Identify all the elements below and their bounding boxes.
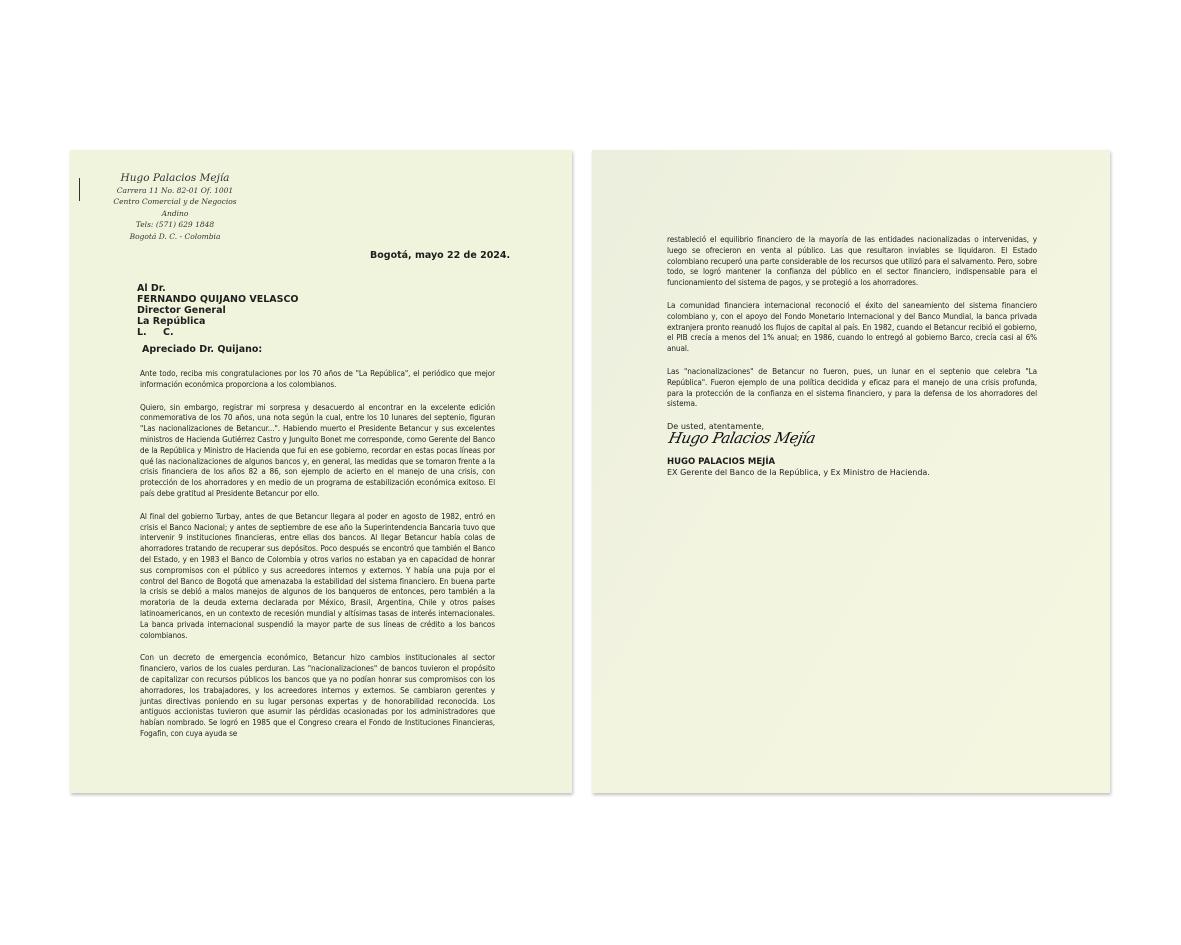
lc-c: C. [163,327,189,338]
paragraph: Al final del gobierno Turbay, antes de q… [140,511,495,641]
signer-name: HUGO PALACIOS MEJÍA [667,457,1037,467]
paragraph: Quiero, sin embargo, registrar mi sorpre… [140,402,495,499]
recipient-prefix: Al Dr. [137,283,299,294]
paragraph: restableció el equilibrio financiero de … [667,234,1037,288]
letterhead-city: Bogotá D. C. - Colombia [100,231,250,243]
recipient-block: Al Dr. FERNANDO QUIJANO VELASCO Director… [137,283,299,338]
margin-mark [79,178,80,201]
paragraph: Con un decreto de emergencia económico, … [140,652,495,738]
recipient-organization: La República [137,316,299,327]
handwritten-signature: Hugo Palacios Mejía [667,429,817,447]
letterhead-address: Carrera 11 No. 82-01 Of. 1001 [100,185,250,197]
page1-body: Ante todo, reciba mis congratulaciones p… [140,368,495,751]
letterhead-name: Hugo Palacios Mejía [100,173,250,185]
signature-area: Hugo Palacios Mejía [667,431,1037,457]
letter-page-1: Hugo Palacios Mejía Carrera 11 No. 82-01… [70,150,572,793]
page2-body: restableció el equilibrio financiero de … [667,234,1037,477]
recipient-title: Director General [137,305,299,316]
letter-date: Bogotá, mayo 22 de 2024. [370,250,510,261]
paragraph: La comunidad financiera internacional re… [667,300,1037,354]
lc-l: L. [137,327,163,338]
letterhead-phone: Tels: (571) 629 1848 [100,219,250,231]
paragraph: Ante todo, reciba mis congratulaciones p… [140,368,495,390]
letterhead: Hugo Palacios Mejía Carrera 11 No. 82-01… [100,173,250,242]
paragraph: Las "nacionalizaciones" de Betancur no f… [667,366,1037,409]
salutation: Apreciado Dr. Quijano: [142,344,262,355]
signer-title: EX Gerente del Banco de la República, y … [667,468,1037,477]
letterhead-building: Centro Comercial y de Negocios Andino [100,196,250,219]
letter-page-2: restableció el equilibrio financiero de … [592,150,1110,793]
recipient-name: FERNANDO QUIJANO VELASCO [137,294,299,305]
recipient-city-code: L.C. [137,327,299,338]
